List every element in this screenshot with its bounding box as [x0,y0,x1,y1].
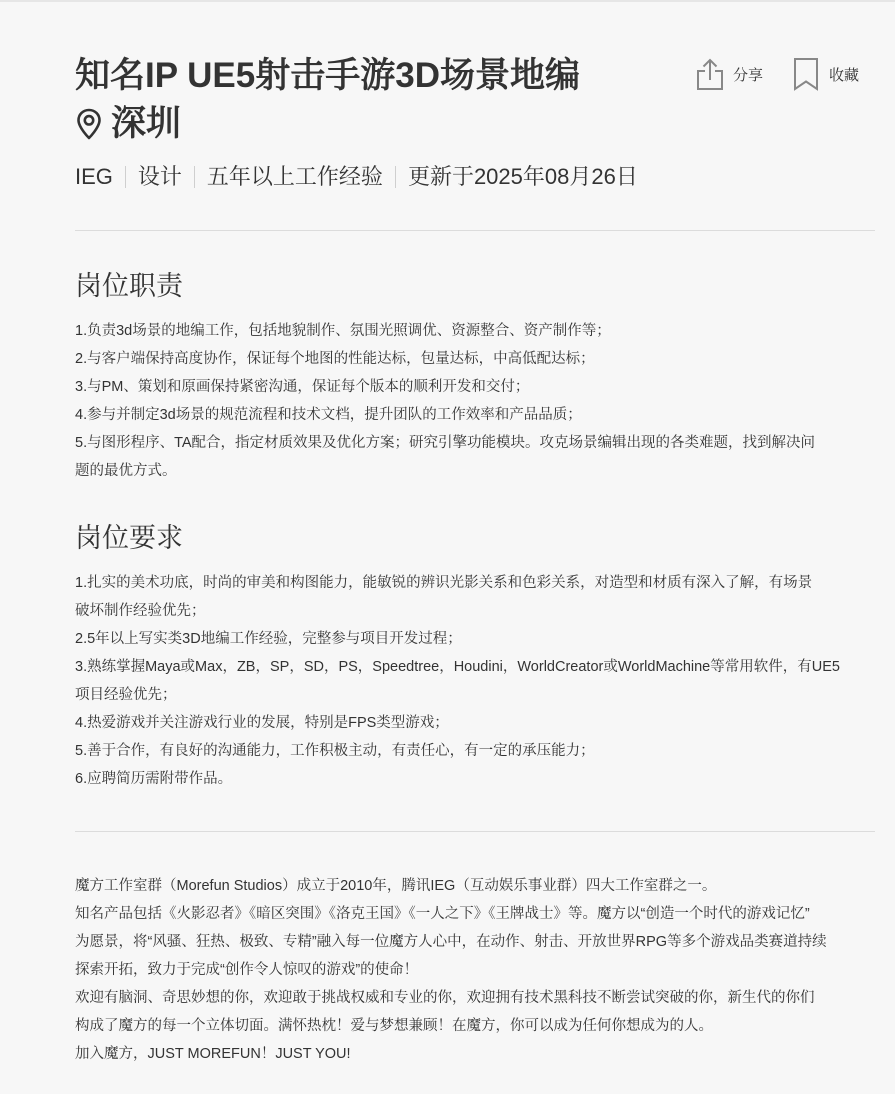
about-paragraph-line: 为愿景，将“风骚、狂热、极致、专精”融入每一位魔方人心中，在动作、射击、开放世界… [75,928,875,956]
list-item: 4.参与并制定3d场景的规范流程和技术文档，提升团队的工作效率和产品品质； [75,401,875,429]
about-paragraph-line: 加入魔方，JUST MOREFUN！JUST YOU! [75,1040,875,1068]
list-item: 3.与PM、策划和原画保持紧密沟通，保证每个版本的顺利开发和交付； [75,373,875,401]
list-item: 1.扎实的美术功底，时尚的审美和构图能力，能敏锐的辨识光影关系和色彩关系，对造型… [75,569,875,597]
list-item: 项目经验优先； [75,681,875,709]
about-paragraph-line: 魔方工作室群（Morefun Studios）成立于2010年，腾讯IEG（互动… [75,872,875,900]
job-location: 深圳 [75,100,675,148]
map-pin-icon [75,107,103,141]
section-divider [75,831,875,832]
job-header: 知名IP UE5射击手游3D场景地编 深圳 [75,52,675,148]
share-upload-icon [693,56,727,92]
meta-separator [194,166,195,188]
requirements-heading: 岗位要求 [75,518,875,558]
list-item: 题的最优方式。 [75,457,875,485]
responsibilities-list: 1.负责3d场景的地编工作，包括地貌制作、氛围光照调优、资源整合、资产制作等； … [75,317,875,485]
about-paragraph-line: 知名产品包括《火影忍者》《暗区突围》《洛克王国》《一人之下》《王牌战士》等。魔方… [75,900,875,928]
job-actions: 分享 收藏 [693,56,859,92]
list-item: 1.负责3d场景的地编工作，包括地貌制作、氛围光照调优、资源整合、资产制作等； [75,317,875,345]
meta-category: 设计 [138,160,182,194]
meta-department: IEG [75,160,113,194]
list-item: 3.熟练掌握Maya或Max，ZB，SP，SD，PS，Speedtree，Hou… [75,653,875,681]
list-item: 4.热爱游戏并关注游戏行业的发展，特别是FPS类型游戏； [75,709,875,737]
favorite-button[interactable]: 收藏 [789,56,859,92]
bookmark-icon [789,56,823,92]
about-paragraph-line: 欢迎有脑洞、奇思妙想的你，欢迎敢于挑战权威和专业的你，欢迎拥有技术黑科技不断尝试… [75,984,875,1012]
meta-updated: 更新于2025年08月26日 [408,160,638,194]
header-divider [75,230,875,231]
share-label: 分享 [733,64,763,85]
studio-about: 魔方工作室群（Morefun Studios）成立于2010年，腾讯IEG（互动… [75,872,875,1068]
requirements-section: 岗位要求 1.扎实的美术功底，时尚的审美和构图能力，能敏锐的辨识光影关系和色彩关… [75,518,875,793]
job-title: 知名IP UE5射击手游3D场景地编 [75,52,675,100]
meta-separator [125,166,126,188]
requirements-list: 1.扎实的美术功底，时尚的审美和构图能力，能敏锐的辨识光影关系和色彩关系，对造型… [75,569,875,793]
about-paragraph-line: 构成了魔方的每一个立体切面。满怀热枕！爱与梦想兼顾！在魔方，你可以成为任何你想成… [75,1012,875,1040]
list-item: 2.与客户端保持高度协作，保证每个地图的性能达标，包量达标，中高低配达标； [75,345,875,373]
top-border [0,0,895,2]
job-meta: IEG 设计 五年以上工作经验 更新于2025年08月26日 [75,160,638,194]
favorite-label: 收藏 [829,64,859,85]
list-item: 6.应聘简历需附带作品。 [75,765,875,793]
share-button[interactable]: 分享 [693,56,763,92]
location-text: 深圳 [111,100,181,148]
list-item: 2.5年以上写实类3D地编工作经验，完整参与项目开发过程； [75,625,875,653]
list-item: 5.善于合作，有良好的沟通能力，工作积极主动，有责任心，有一定的承压能力； [75,737,875,765]
meta-experience: 五年以上工作经验 [207,160,383,194]
list-item: 5.与图形程序、TA配合，指定材质效果及优化方案；研究引擎功能模块。攻克场景编辑… [75,429,875,457]
responsibilities-section: 岗位职责 1.负责3d场景的地编工作，包括地貌制作、氛围光照调优、资源整合、资产… [75,266,875,485]
about-paragraph-line: 探索开拓，致力于完成“创作令人惊叹的游戏”的使命！ [75,956,875,984]
responsibilities-heading: 岗位职责 [75,266,875,306]
meta-separator [395,166,396,188]
list-item: 破坏制作经验优先； [75,597,875,625]
